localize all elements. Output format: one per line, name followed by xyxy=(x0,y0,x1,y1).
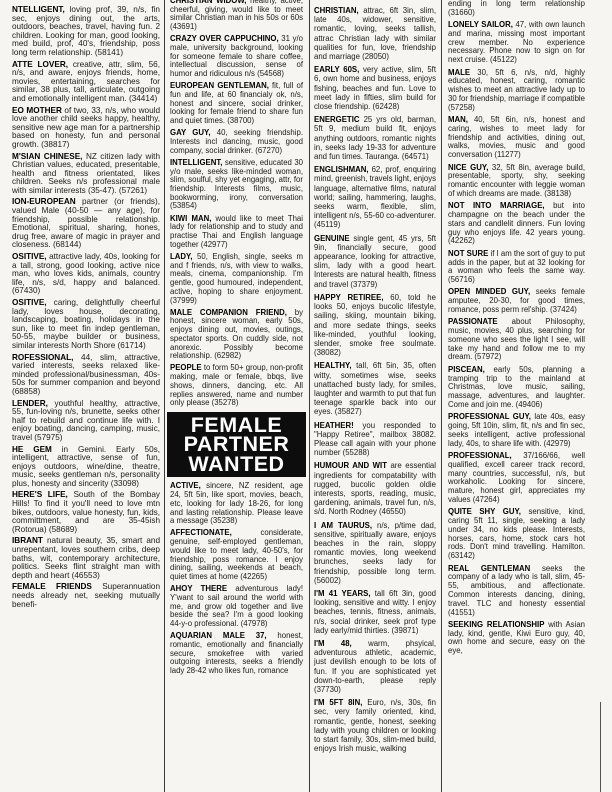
ad-body: Euro, n/s, 30s, fin sec, very family ori… xyxy=(314,698,436,753)
classified-ad: HEALTHY, tall, 6ft 5in, 35, often witty,… xyxy=(314,361,436,416)
classified-ad: AHOY THERE adventurous lady! Y'want to s… xyxy=(170,585,303,629)
classified-ad: SEEKING RELATIONSHIP with Asian lady, ki… xyxy=(448,621,585,656)
ad-heading: AFFECTIONATE, xyxy=(170,528,232,537)
ad-heading: PROFESSIONAL GUY, xyxy=(448,412,531,421)
classified-ad: ending in long term relationship (31660) xyxy=(448,0,585,18)
ad-body: ending in long term relationship (31660) xyxy=(448,0,585,17)
ad-body: 50, English, single, seeks m and f frien… xyxy=(170,252,303,305)
ad-heading: SEEKING RELATIONSHIP xyxy=(448,620,544,629)
ad-body: n/s, p/time dad, sensitive, spiritually … xyxy=(314,521,436,585)
classified-ad: OSITIVE, caring, delightfully cheerful l… xyxy=(12,299,160,351)
ad-heading: EUROPEAN GENTLEMAN, xyxy=(170,81,269,90)
classified-ad: KIWI MAN, would like to meet Thai lady f… xyxy=(170,215,303,250)
ad-heading: PROFESSIONAL, xyxy=(448,451,512,460)
ad-body: caring, delightfully cheerful lady, love… xyxy=(12,298,160,350)
classifieds-column-3: CHRISTIAN, attrac, 6ft 3in, slim, late 4… xyxy=(314,6,436,757)
ad-heading: REAL GENTLEMAN xyxy=(448,564,530,573)
classifieds-column-2: CHRISTIAN WIDOW, healthy, active, cheerf… xyxy=(170,0,303,679)
classified-ad: OSITIVE, attractive lady, 40s, looking f… xyxy=(12,253,160,296)
column-2-upper-ads: CHRISTIAN WIDOW, healthy, active, cheerf… xyxy=(170,0,303,408)
ad-heading: GENUINE xyxy=(314,234,350,243)
ad-heading: I'M 41 YEARS, xyxy=(314,589,371,598)
ad-body: loving prof, 39, n/s, fin sec, enjoys di… xyxy=(12,5,160,57)
ad-body: sensitive, kind, caring 5ft 11, single, … xyxy=(448,507,585,560)
ad-heading: NOT INTO MARRIAGE, xyxy=(448,201,545,210)
ad-heading: KIWI MAN, xyxy=(170,214,211,223)
ad-heading: OPEN MINDED GUY, xyxy=(448,287,530,296)
classified-ad: REAL GENTLEMAN seeks the company of a la… xyxy=(448,565,585,618)
ad-heading: AQUARIAN MALE 37, xyxy=(170,631,267,640)
ad-body: warm, phsyical, adventurous athletic, ac… xyxy=(314,639,436,694)
classified-ad: I'M 48, warm, phsyical, adventurous athl… xyxy=(314,639,436,694)
ad-heading: CHRISTIAN, xyxy=(314,6,359,15)
ad-heading: I'M 48, xyxy=(314,639,352,648)
ad-heading: NOT SURE xyxy=(448,249,488,258)
classified-ad: MAN, 40, 5ft 6in, n/s, honest and caring… xyxy=(448,116,585,160)
classified-ad: I'M 41 YEARS, tall 6ft 3in, good looking… xyxy=(314,589,436,635)
ad-heading: EARLY 60S, xyxy=(314,65,359,74)
classified-ad: M'SIAN CHINESE, NZ citizen lady with Chr… xyxy=(12,153,160,196)
classified-ad: PROFESSIONAL, 37/166/66, well qualified,… xyxy=(448,452,585,505)
classified-ad: NOT SURE if I am the sort of guy to put … xyxy=(448,250,585,285)
classified-ad: HE GEM in Gemini. Early 50s, intelligent… xyxy=(12,446,160,489)
classifieds-column-4: ending in long term relationship (31660)… xyxy=(448,0,585,659)
classified-ad: ROFESSIONAL, 44, slim, attractive, varie… xyxy=(12,354,160,397)
classified-ad: PEOPLE to form 50+ group, non-profit mak… xyxy=(170,364,303,408)
classified-ad: I AM TAURUS, n/s, p/time dad, sensitive,… xyxy=(314,521,436,585)
classified-ad: AQUARIAN MALE 37, honest, romantic, emot… xyxy=(170,632,303,676)
ad-heading: MALE COMPANION FRIEND, xyxy=(170,308,287,317)
ad-heading: PISCEAN, xyxy=(448,365,485,374)
classified-ad: EARLY 60S, very active, slim, 5ft 6, own… xyxy=(314,65,436,111)
ad-heading: MALE xyxy=(448,68,470,77)
classified-ad: IBRANT natural beauty, 35, smart and unr… xyxy=(12,537,160,580)
classified-ad: NTELLIGENT, loving prof, 39, n/s, fin se… xyxy=(12,6,160,58)
classified-ad: HERE'S LIFE, South of the Bombay Hills! … xyxy=(12,491,160,534)
classified-ad: EUROPEAN GENTLEMAN, fit, full of fun and… xyxy=(170,82,303,126)
classified-ad: GENUINE single gent, 45 yrs, 5ft 9in, fi… xyxy=(314,234,436,289)
ad-heading: ACTIVE, xyxy=(170,481,201,490)
classified-ad: I'M 5FT 8IN, Euro, n/s, 30s, fin sec, ve… xyxy=(314,698,436,753)
ad-body: 37/166/66, well qualified, excell career… xyxy=(448,451,585,504)
ad-heading: I AM TAURUS, xyxy=(314,521,372,530)
ad-body: healthy, active, cheerful, giving, would… xyxy=(170,0,303,31)
classifieds-column-1: NTELLIGENT, loving prof, 39, n/s, fin se… xyxy=(12,6,160,612)
ad-body: single gent, 45 yrs, 5ft 9in, financiall… xyxy=(314,234,436,289)
classified-ad: MALE 30, 5ft 6, n/s, n/d, highly educate… xyxy=(448,69,585,113)
classified-ad: CRAZY OVER CAPPUCHINO, 31 y/o male, univ… xyxy=(170,35,303,79)
classified-ad: LENDER, youthful healthy, attractive, 55… xyxy=(12,400,160,443)
classified-ad: HEATHER! you responded to "Happy Retiree… xyxy=(314,421,436,458)
ad-body: attrac, 6ft 3in, slim, late 40s, widower… xyxy=(314,6,436,61)
classified-ad: OPEN MINDED GUY, seeks female amputee, 2… xyxy=(448,288,585,314)
classified-ad: CHRISTIAN WIDOW, healthy, active, cheerf… xyxy=(170,0,303,32)
classified-ad: LADY, 50, English, single, seeks m and f… xyxy=(170,253,303,305)
classified-ad: ACTIVE, sincere, NZ resident, age 24, 5f… xyxy=(170,482,303,526)
ad-heading: CRAZY OVER CAPPUCHINO, xyxy=(170,34,279,43)
ad-body: 62, prof, enquiring mind, greenish, trav… xyxy=(314,165,436,229)
classified-ad: PASSIONATE about Philosophy, music, movi… xyxy=(448,318,585,362)
classified-ad: QUITE SHY GUY, sensitive, kind, caring 5… xyxy=(448,508,585,561)
classified-ad: MALE COMPANION FRIEND, by honest, sincer… xyxy=(170,309,303,361)
ad-body: are essential ingredients for compatabil… xyxy=(314,461,436,516)
classified-ad: FEMALE FRIENDS Superannuation needs alre… xyxy=(12,583,160,609)
ad-body: 60, told he looks 50, enjoys bucolic lif… xyxy=(314,293,436,357)
classified-ad: CHRISTIAN, attrac, 6ft 3in, slim, late 4… xyxy=(314,6,436,61)
ad-heading: NICE GUY, xyxy=(448,163,488,172)
ad-heading: HUMOUR AND WIT xyxy=(314,461,387,470)
classified-ad: HUMOUR AND WIT are essential ingredients… xyxy=(314,461,436,516)
ad-heading: INTELLIGENT, xyxy=(170,158,222,167)
column-2-lower-ads: ACTIVE, sincere, NZ resident, age 24, 5f… xyxy=(170,482,303,675)
classified-ad: ION-EUROPEAN partner (or friends), value… xyxy=(12,198,160,250)
classified-ad: ATTE LOVER, creative, attr, slim, 56, n/… xyxy=(12,61,160,104)
column-divider xyxy=(309,0,310,792)
classified-ad: EO MOTHER of two, 33, n/s, who would lov… xyxy=(12,107,160,150)
column-divider xyxy=(600,702,601,792)
classified-ad: AFFECTIONATE, considerate, genuine, self… xyxy=(170,529,303,581)
classified-ad: PROFESSIONAL GUY, late 40s, easy going, … xyxy=(448,413,585,448)
ad-body: sensitive, educated 30 y/o male, seeks l… xyxy=(170,158,303,211)
banner-line: WANTED xyxy=(167,455,306,475)
ad-body: partner (or friends), valued Male (40-50… xyxy=(12,197,160,249)
ad-heading: ENGLISHMAN, xyxy=(314,165,369,174)
ad-heading: HEATHER! xyxy=(314,421,354,430)
classified-ad: PISCEAN, early 50s, planning a tramping … xyxy=(448,366,585,410)
ad-heading: ENERGETIC xyxy=(314,115,360,124)
ad-heading: HAPPY RETIREE, xyxy=(314,293,383,302)
ad-heading: PEOPLE xyxy=(170,363,202,372)
classified-ad: NOT INTO MARRIAGE, but into champagne on… xyxy=(448,202,585,246)
classified-ad: LONELY SAILOR, 47, with own launch and m… xyxy=(448,21,585,65)
ad-heading: HEALTHY, xyxy=(314,361,352,370)
classified-ad: ENERGETIC 25 yrs old, barman, 5ft 9, med… xyxy=(314,115,436,161)
column-divider xyxy=(164,0,165,792)
ad-body: 40, 5ft 6in, n/s, honest and caring, wis… xyxy=(448,115,585,159)
female-partner-wanted-banner: FEMALE PARTNER WANTED xyxy=(167,412,306,478)
classified-ad: GAY GUY, 40, seeking friendship. Interes… xyxy=(170,129,303,155)
ad-heading: I'M 5FT 8IN, xyxy=(314,698,362,707)
ad-heading: GAY GUY, xyxy=(170,128,211,137)
newspaper-classifieds-page: NTELLIGENT, loving prof, 39, n/s, fin se… xyxy=(0,0,612,792)
ad-heading: QUITE SHY GUY, xyxy=(448,507,521,516)
ad-heading: AHOY THERE xyxy=(170,584,227,593)
ad-body: considerate, genuine, self-employed gent… xyxy=(170,528,303,581)
classified-ad: ENGLISHMAN, 62, prof, enquiring mind, gr… xyxy=(314,165,436,229)
classified-ad: NICE GUY, 32, 5ft 8in, average build, pr… xyxy=(448,164,585,199)
ad-heading: LADY, xyxy=(170,252,193,261)
classified-ad: INTELLIGENT, sensitive, educated 30 y/o … xyxy=(170,159,303,211)
ad-body: by honest, sincere woman, early 50s, enj… xyxy=(170,308,303,361)
ad-body: seeks the company of a lady who is tall,… xyxy=(448,564,585,617)
classified-ad: HAPPY RETIREE, 60, told he looks 50, enj… xyxy=(314,293,436,357)
column-divider xyxy=(441,0,442,792)
ad-heading: LONELY SAILOR, xyxy=(448,20,513,29)
ad-heading: MAN, xyxy=(448,115,468,124)
ad-body: tall, 6ft 5in, 35, often witty, sometime… xyxy=(314,361,436,416)
ad-heading: PASSIONATE xyxy=(448,317,498,326)
